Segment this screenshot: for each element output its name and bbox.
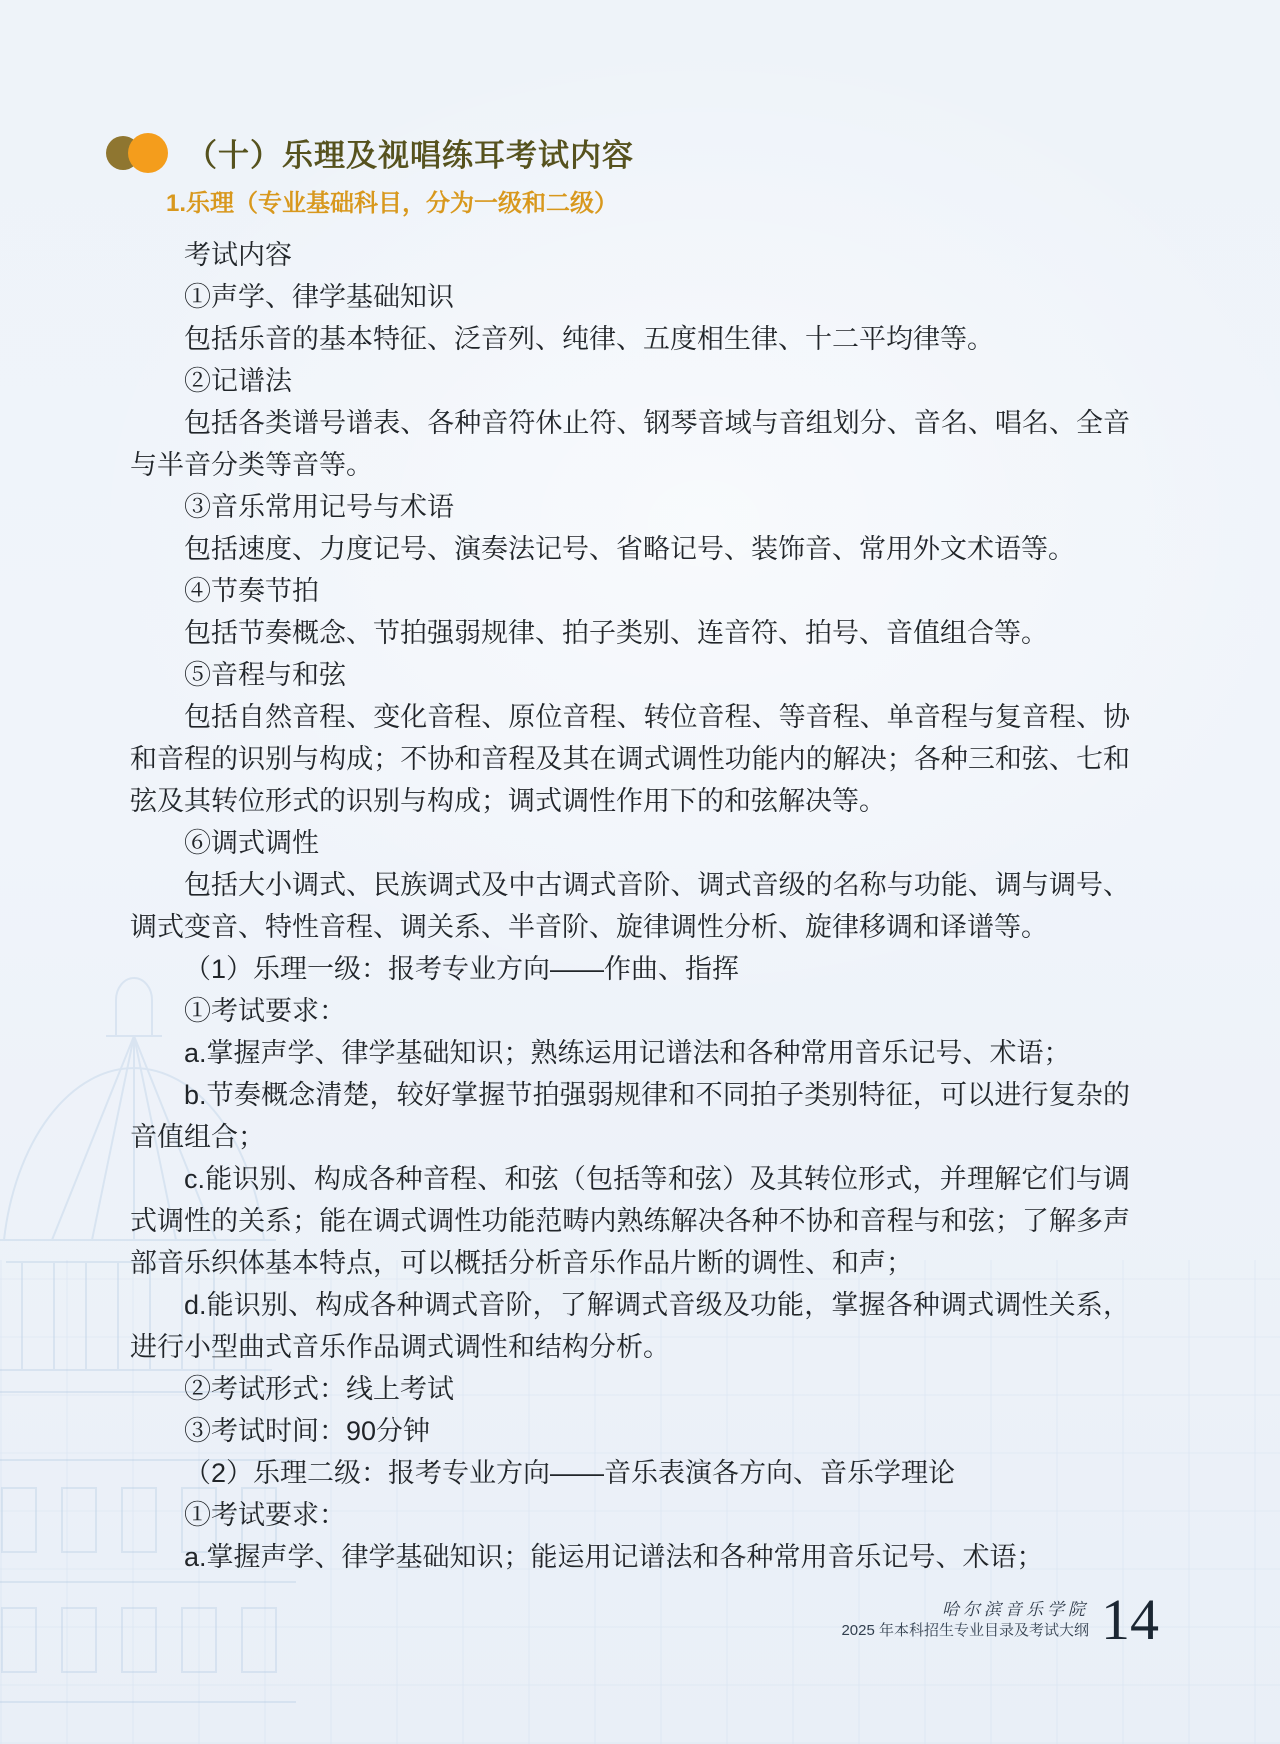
paragraph: ①考试要求： — [130, 1494, 1130, 1536]
paragraph: 包括节奏概念、节拍强弱规律、拍子类别、连音符、拍号、音值组合等。 — [130, 612, 1130, 654]
paragraph: 考试内容 — [130, 234, 1130, 276]
paragraph: a.掌握声学、律学基础知识；熟练运用记谱法和各种常用音乐记号、术语； — [130, 1032, 1130, 1074]
paragraph: 包括速度、力度记号、演奏法记号、省略记号、装饰音、常用外文术语等。 — [130, 528, 1130, 570]
section-header: （十）乐理及视唱练耳考试内容 — [104, 130, 634, 175]
section-subtitle: 1.乐理（专业基础科目，分为一级和二级） — [166, 183, 618, 218]
paragraph: c.能识别、构成各种音程、和弦（包括等和弦）及其转位形式，并理解它们与调式调性的… — [130, 1158, 1130, 1284]
paragraph: 包括乐音的基本特征、泛音列、纯律、五度相生律、十二平均律等。 — [130, 318, 1130, 360]
document-name: 2025 年本科招生专业目录及考试大纲 — [841, 1621, 1089, 1641]
paragraph: ①声学、律学基础知识 — [130, 276, 1130, 318]
paragraph: 包括自然音程、变化音程、原位音程、转位音程、等音程、单音程与复音程、协和音程的识… — [130, 696, 1130, 822]
paragraph: a.掌握声学、律学基础知识；能运用记谱法和各种常用音乐记号、术语； — [130, 1536, 1130, 1578]
footer-text: 哈尔滨音乐学院 2025 年本科招生专业目录及考试大纲 — [841, 1599, 1089, 1641]
paragraph: d.能识别、构成各种调式音阶，了解调式音级及功能，掌握各种调式调性关系，进行小型… — [130, 1284, 1130, 1368]
paragraph: 包括各类谱号谱表、各种音符休止符、钢琴音域与音组划分、音名、唱名、全音与半音分类… — [130, 402, 1130, 486]
paragraph: ④节奏节拍 — [130, 570, 1130, 612]
paragraph: ⑥调式调性 — [130, 822, 1130, 864]
document-page: （十）乐理及视唱练耳考试内容 1.乐理（专业基础科目，分为一级和二级） 考试内容… — [0, 0, 1280, 1744]
paragraph: 包括大小调式、民族调式及中古调式音阶、调式音级的名称与功能、调与调号、调式变音、… — [130, 864, 1130, 948]
paragraph: （2）乐理二级：报考专业方向——音乐表演各方向、音乐学理论 — [130, 1452, 1130, 1494]
section-title: （十）乐理及视唱练耳考试内容 — [186, 130, 634, 175]
paragraph: ①考试要求： — [130, 990, 1130, 1032]
overlapping-circles-icon — [104, 131, 168, 175]
page-footer: 哈尔滨音乐学院 2025 年本科招生专业目录及考试大纲 14 — [841, 1592, 1159, 1648]
school-name: 哈尔滨音乐学院 — [841, 1599, 1089, 1621]
page-number: 14 — [1101, 1592, 1159, 1648]
exam-content-text: 考试内容①声学、律学基础知识包括乐音的基本特征、泛音列、纯律、五度相生律、十二平… — [130, 234, 1130, 1578]
paragraph: ⑤音程与和弦 — [130, 654, 1130, 696]
paragraph: ②记谱法 — [130, 360, 1130, 402]
paragraph: ②考试形式：线上考试 — [130, 1368, 1130, 1410]
paragraph: b.节奏概念清楚，较好掌握节拍强弱规律和不同拍子类别特征，可以进行复杂的音值组合… — [130, 1074, 1130, 1158]
paragraph: （1）乐理一级：报考专业方向——作曲、指挥 — [130, 948, 1130, 990]
paragraph: ③音乐常用记号与术语 — [130, 486, 1130, 528]
paragraph: ③考试时间：90分钟 — [130, 1410, 1130, 1452]
